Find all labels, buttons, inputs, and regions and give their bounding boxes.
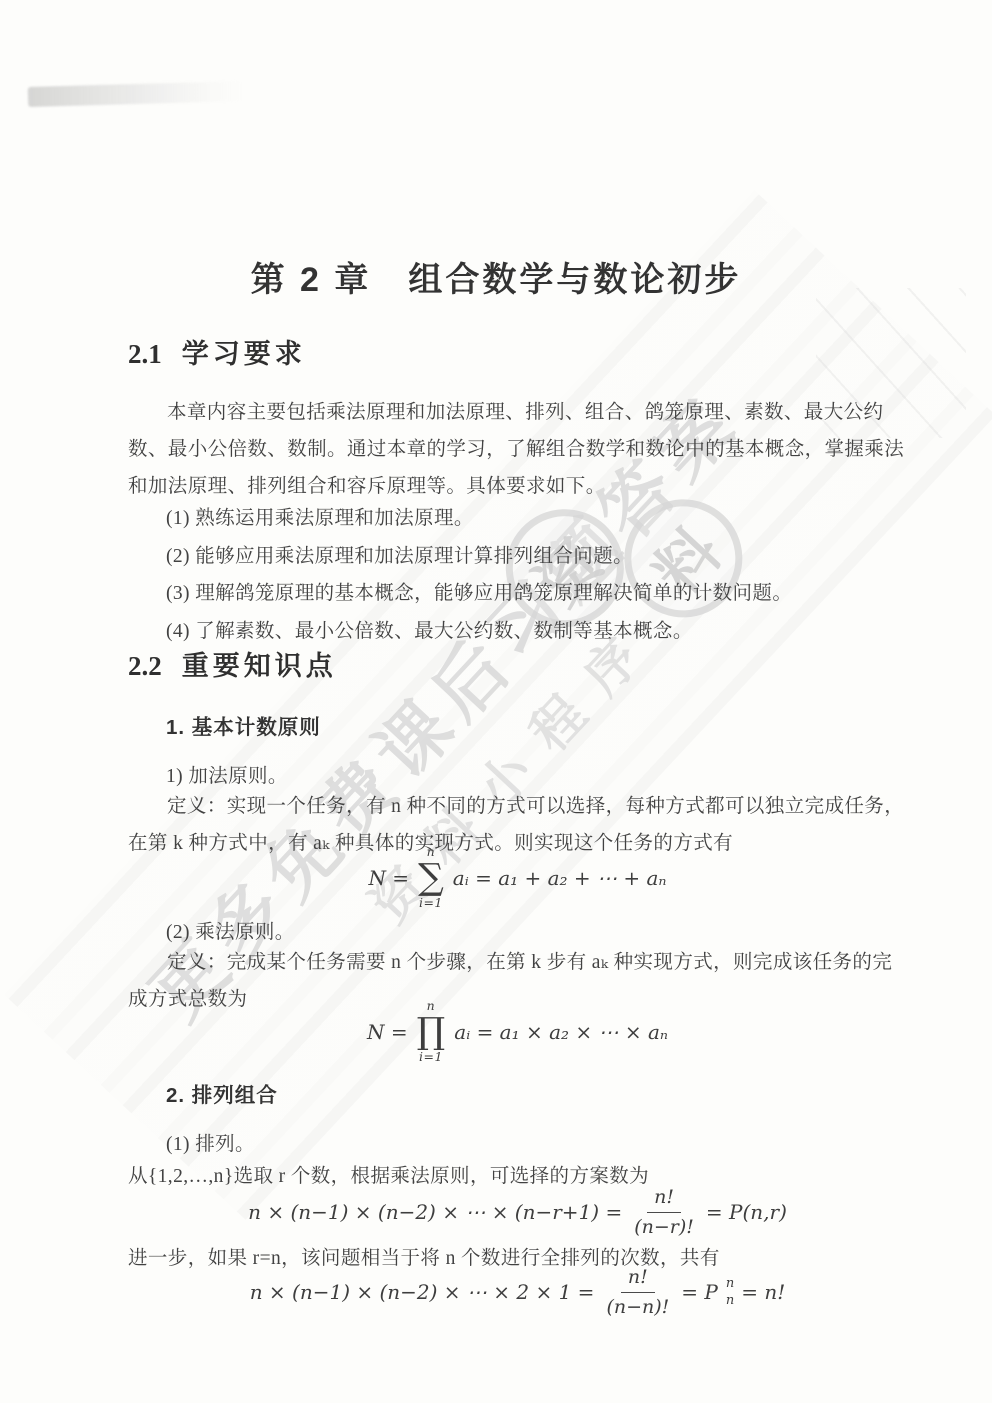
p-superscript: n <box>726 1277 734 1290</box>
product-lower-limit: i=1 <box>419 1051 443 1064</box>
sigma-icon: ∑ <box>418 859 444 897</box>
sum-lower-limit: i=1 <box>419 897 443 910</box>
p-symbol: = P <box>681 1280 718 1304</box>
p-super-subscript: n n <box>726 1277 734 1307</box>
formula-rhs: aᵢ = a₁ × a₂ × ⋯ × aₙ <box>454 1020 668 1044</box>
sum-operator: n ∑ i=1 <box>418 846 444 909</box>
formula-rhs: = P(n,r) <box>706 1200 787 1224</box>
section-heading-2-1: 2.1 学习要求 <box>128 332 907 371</box>
requirement-list: (1) 熟练运用乘法原理和加法原理。 (2) 能够应用乘法原理和加法原理计算排列… <box>128 500 907 650</box>
formula-lhs: n × (n−1) × (n−2) × ⋯ × 2 × 1 = <box>250 1280 595 1304</box>
fraction-denominator: (n−r)! <box>634 1213 694 1239</box>
scanned-textbook-page: 更多免费课后习题答案 资料小程序 资 料 第 2 章 组合数学与数论初步 2.1… <box>0 0 992 1403</box>
section-heading-2-2: 2.2 重要知识点 <box>128 644 907 683</box>
subsection-permutation-combination: 2. 排列组合 <box>128 1078 945 1108</box>
scan-smudge-artifact <box>28 81 243 107</box>
section-number: 2.1 <box>128 339 162 370</box>
section-title: 学习要求 <box>182 332 306 371</box>
requirement-item: (3) 理解鸽笼原理的基本概念，能够应用鸽笼原理解决简单的计数问题。 <box>128 575 907 613</box>
full-permutation-formula: n × (n−1) × (n−2) × ⋯ × 2 × 1 = n! (n−n)… <box>128 1266 907 1319</box>
subsection-counting-principles: 1. 基本计数原则 <box>128 710 945 740</box>
pi-product-icon: ∏ <box>417 1013 446 1051</box>
multiplication-principle-formula: N = n ∏ i=1 aᵢ = a₁ × a₂ × ⋯ × aₙ <box>128 1000 907 1063</box>
requirement-item: (2) 能够应用乘法原理和加法原理计算排列组合问题。 <box>128 538 907 576</box>
permutation-formula: n × (n−1) × (n−2) × ⋯ × (n−r+1) = n! (n−… <box>128 1186 907 1239</box>
formula-rhs: = n! <box>741 1280 785 1304</box>
formula-lhs: n × (n−1) × (n−2) × ⋯ × (n−r+1) = <box>248 1200 622 1224</box>
p-subscript: n <box>726 1294 734 1307</box>
fraction-numerator: n! <box>621 1266 655 1293</box>
formula-lhs: N = <box>368 866 409 890</box>
chapter-intro-paragraph: 本章内容主要包括乘法原理和加法原理、排列、组合、鸽笼原理、素数、最大公约数、最小… <box>128 394 907 505</box>
product-operator: n ∏ i=1 <box>417 1000 446 1063</box>
fraction-denominator: (n−n)! <box>606 1293 669 1319</box>
chapter-title: 第 2 章 组合数学与数论初步 <box>0 252 992 301</box>
addition-principle-formula: N = n ∑ i=1 aᵢ = a₁ + a₂ + ⋯ + aₙ <box>128 846 907 909</box>
section-number: 2.2 <box>128 651 162 682</box>
section-title: 重要知识点 <box>182 644 337 683</box>
formula-rhs: aᵢ = a₁ + a₂ + ⋯ + aₙ <box>453 866 667 890</box>
fraction-numerator: n! <box>647 1186 681 1213</box>
requirement-item: (1) 熟练运用乘法原理和加法原理。 <box>128 500 907 538</box>
fraction: n! (n−r)! <box>634 1186 694 1239</box>
formula-lhs: N = <box>367 1020 408 1044</box>
fraction: n! (n−n)! <box>606 1266 669 1319</box>
